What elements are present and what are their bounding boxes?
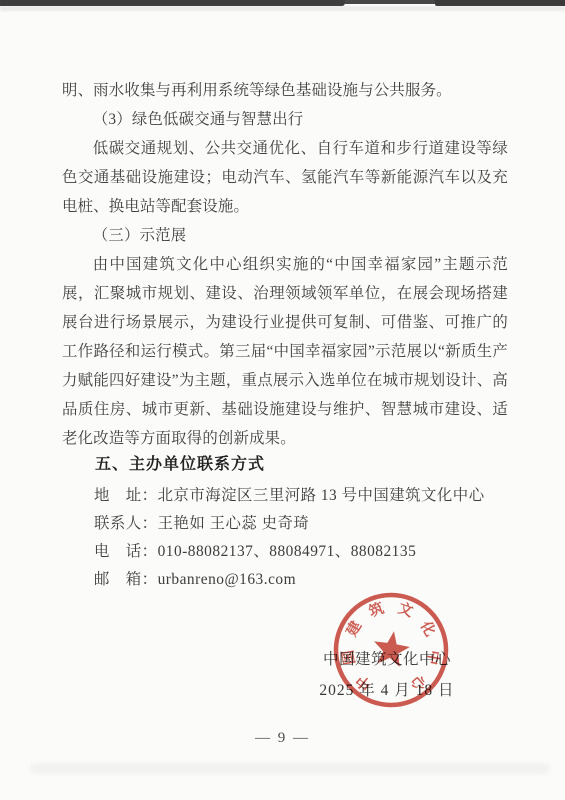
paragraph-demo-exhibition: 由中国建筑文化中心组织实施的“中国幸福家园”主题示范展，汇聚城市规划、建设、治理… xyxy=(62,250,508,453)
contact-label: 联系人： xyxy=(94,515,158,532)
contact-row-person: 联系人：王艳如 王心蕊 史奇琦 xyxy=(94,510,485,538)
signature-block: 中国建筑文化中心 2025 年 4 月 18 日 xyxy=(316,650,458,701)
contact-row-address: 地 址：北京市海淀区三里河路 13 号中国建筑文化中心 xyxy=(94,482,485,510)
contact-label: 电 话： xyxy=(94,543,158,560)
seal-arc-char: 筑 xyxy=(366,598,386,620)
contact-value: 王艳如 王心蕊 史奇琦 xyxy=(158,515,310,532)
signature-date: 2025 年 4 月 18 日 xyxy=(316,681,458,701)
subheading-green-transport: （3）绿色低碳交通与智慧出行 xyxy=(62,105,508,134)
section-heading-contact-info: 五、主办单位联系方式 xyxy=(95,451,265,474)
contact-value: 010-88082137、88084971、88082135 xyxy=(158,543,417,560)
document-page: 明、雨水收集与再利用系统等绿色基础设施与公共服务。 （3）绿色低碳交通与智慧出行… xyxy=(0,0,565,800)
scan-smudge-artifact xyxy=(30,763,550,774)
subheading-demo-exhibition: （三）示范展 xyxy=(62,221,508,250)
body-text-column: 明、雨水收集与再利用系统等绿色基础设施与公共服务。 （3）绿色低碳交通与智慧出行… xyxy=(62,76,508,453)
contact-value: urbanreno@163.com xyxy=(158,571,297,588)
scan-edge-artifact xyxy=(0,0,565,14)
contact-label: 地 址： xyxy=(94,487,158,504)
paragraph-green-transport: 低碳交通规划、公共交通优化、自行车道和步行道建设等绿色交通基础设施建设；电动汽车… xyxy=(62,134,508,221)
contact-row-phone: 电 话：010-88082137、88084971、88082135 xyxy=(94,538,485,566)
contact-label: 邮 箱： xyxy=(94,571,158,588)
contact-row-email: 邮 箱：urbanreno@163.com xyxy=(94,566,485,594)
contact-value: 北京市海淀区三里河路 13 号中国建筑文化中心 xyxy=(158,487,485,504)
paragraph-continued-from-previous-page: 明、雨水收集与再利用系统等绿色基础设施与公共服务。 xyxy=(62,76,508,105)
contact-list: 地 址：北京市海淀区三里河路 13 号中国建筑文化中心 联系人：王艳如 王心蕊 … xyxy=(94,482,485,594)
signature-organization: 中国建筑文化中心 xyxy=(316,650,458,670)
scan-edge-haze xyxy=(0,6,565,11)
scan-edge-segment xyxy=(345,0,435,4)
page-number: — 9 — xyxy=(0,730,565,747)
seal-arc-char: 文 xyxy=(396,599,416,621)
seal-arc-char: 建 xyxy=(343,618,365,639)
seal-arc-char: 化 xyxy=(416,617,440,640)
